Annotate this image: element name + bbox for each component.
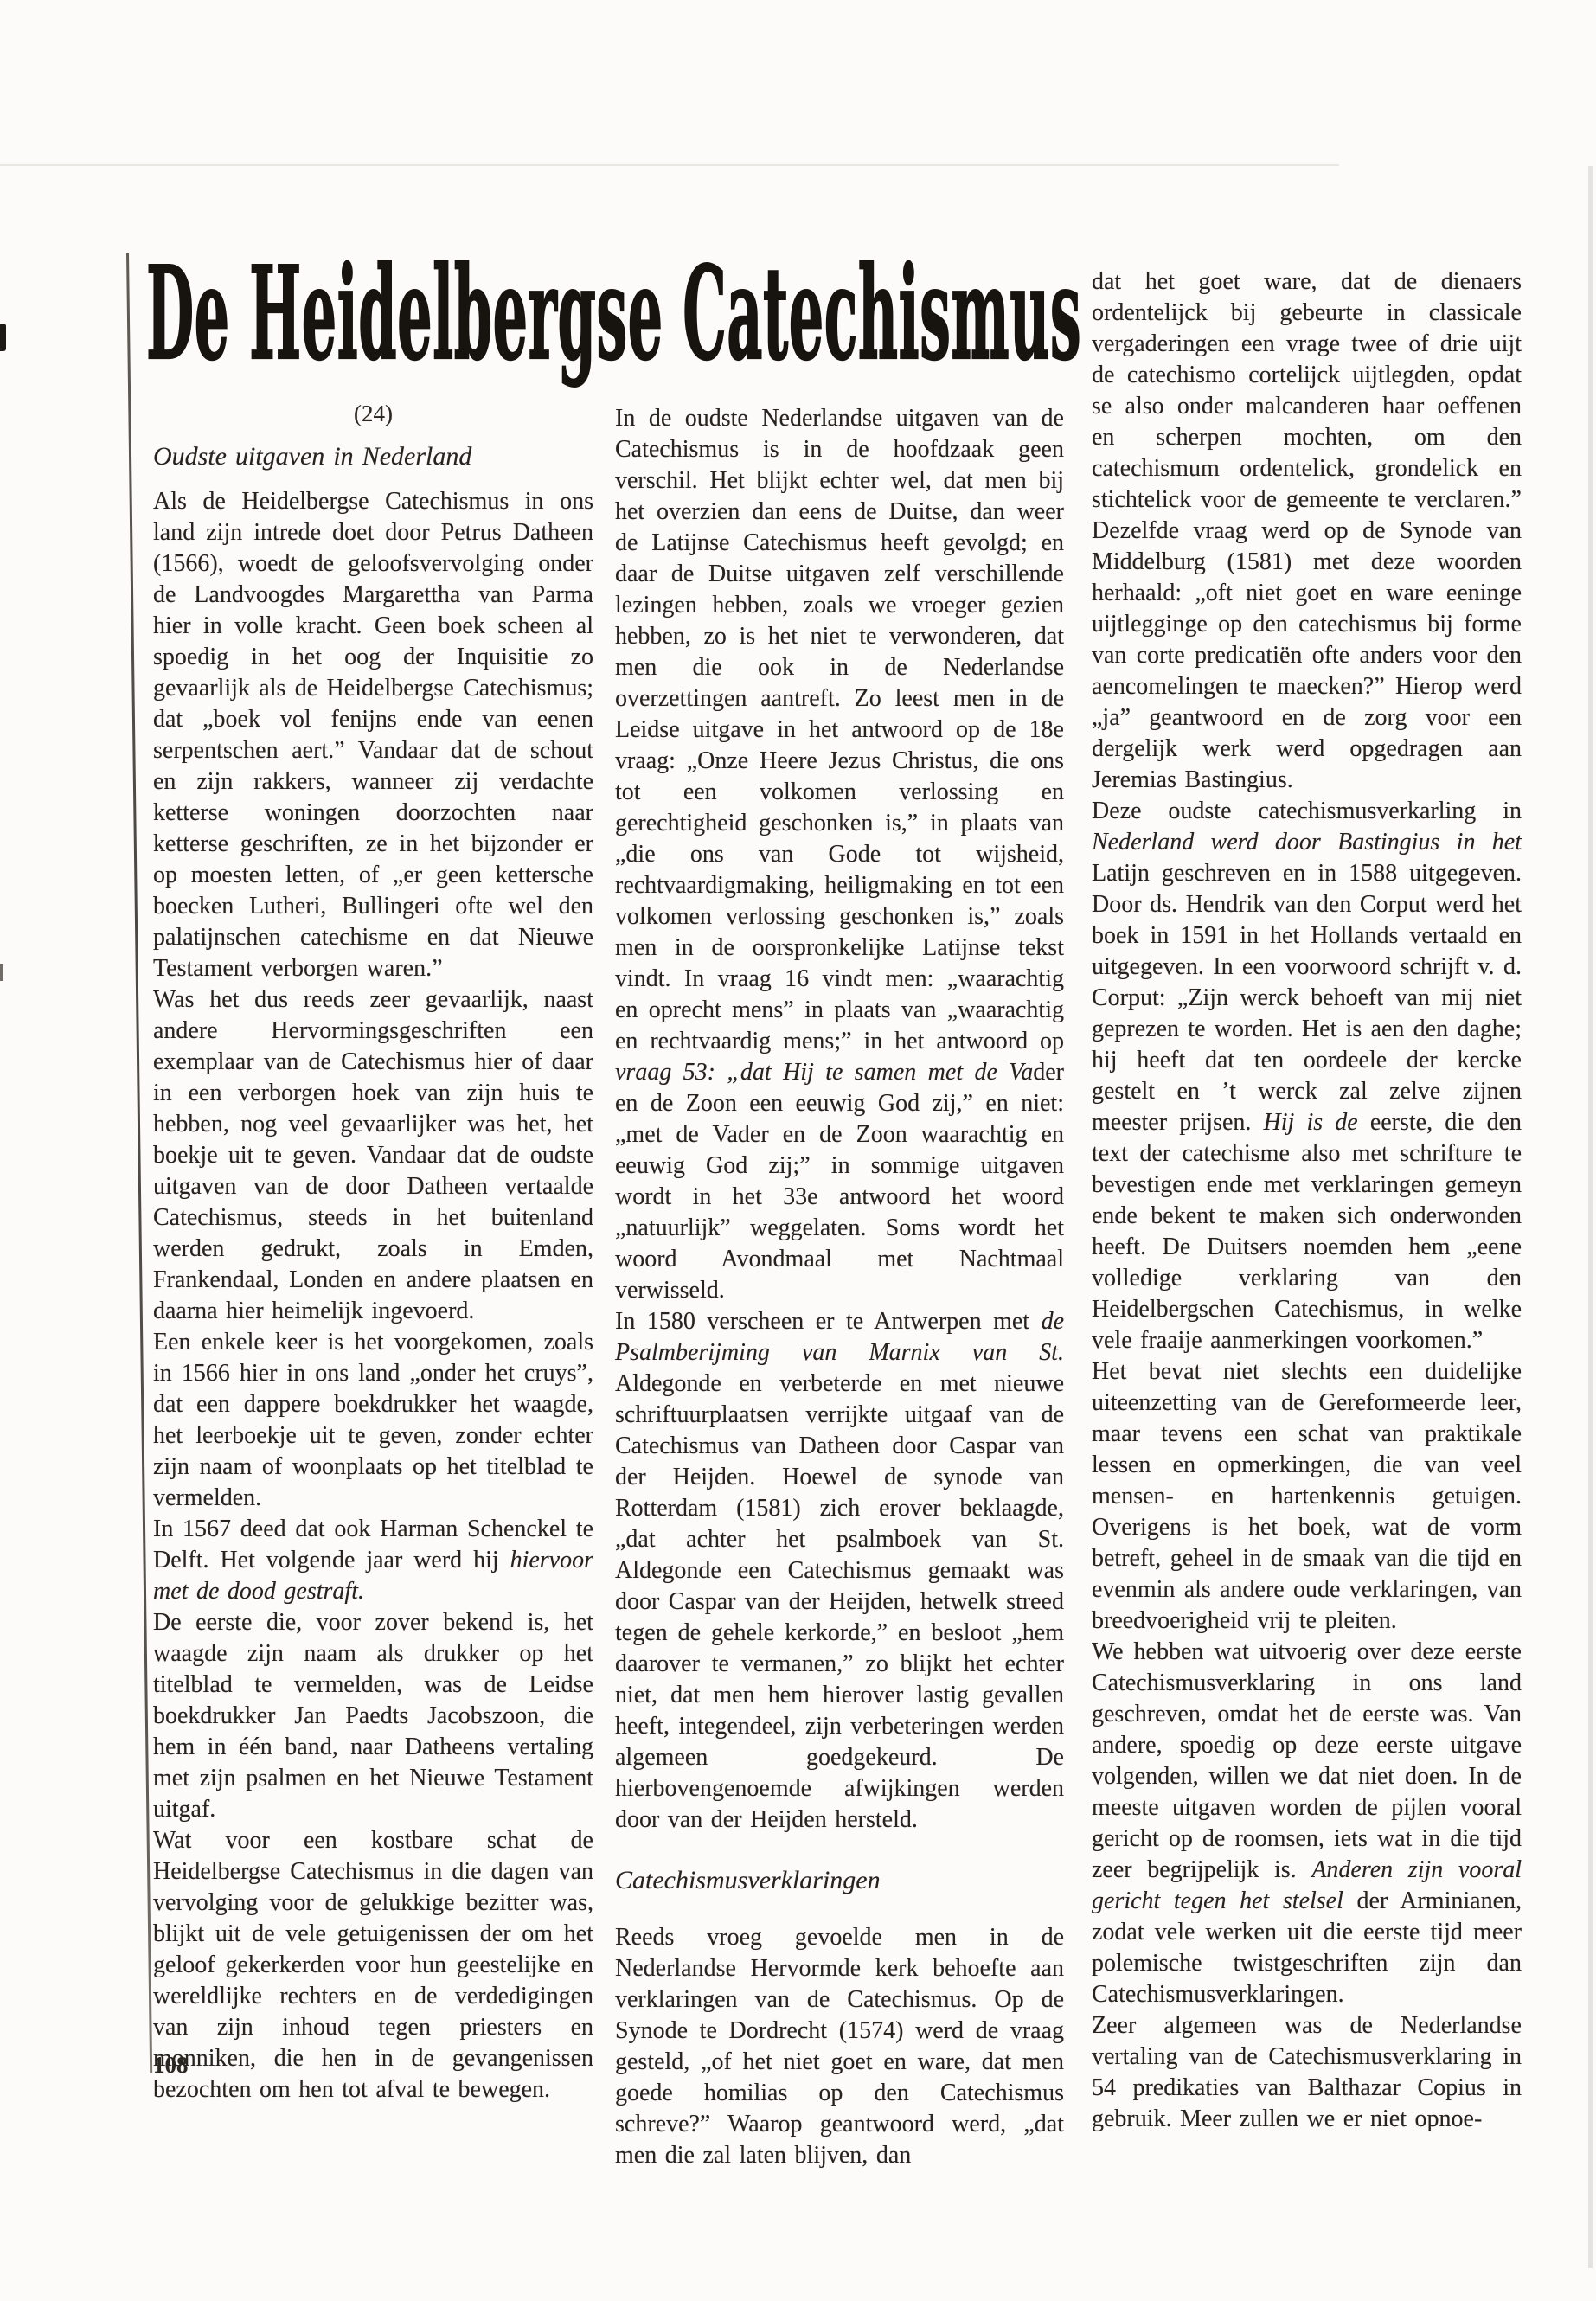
- body-paragraph: Een enkele keer is het voorgekomen, zoal…: [153, 1327, 593, 1514]
- body-paragraph: dat het goet ware, dat de dienaers orden…: [1092, 266, 1522, 796]
- section-heading-oudste-uitgaven: Oudste uitgaven in Nederland: [153, 441, 593, 472]
- body-paragraph: We hebben wat uitvoerig over deze eerste…: [1092, 1637, 1522, 2010]
- body-paragraph: Reeds vroeg gevoelde men in de Nederland…: [615, 1922, 1064, 2171]
- body-paragraph: In de oudste Nederlandse uitgaven van de…: [615, 403, 1064, 1306]
- scan-speck: [0, 964, 3, 981]
- body-paragraph: Zeer algemeen was de Nederlandse vertali…: [1092, 2010, 1522, 2135]
- body-paragraph: De eerste die, voor zover bekend is, het…: [153, 1607, 593, 1825]
- scan-speck: [0, 324, 6, 351]
- body-paragraph: In 1567 deed dat ook Harman Schenckel te…: [153, 1514, 593, 1607]
- column-1: (24) Oudste uitgaven in Nederland Als de…: [153, 400, 593, 2106]
- column-2: In de oudste Nederlandse uitgaven van de…: [615, 403, 1064, 2171]
- body-paragraph: Het bevat niet slechts een duidelijke ui…: [1092, 1356, 1522, 1637]
- issue-number: (24): [153, 400, 593, 427]
- body-paragraph: Was het dus reeds zeer gevaarlijk, naast…: [153, 984, 593, 1327]
- article-title: De Heidelbergse Catechismus: [146, 247, 1081, 379]
- page-number: 108: [153, 2052, 189, 2079]
- section-heading-catechismusverklaringen: Catechismusverklaringen: [615, 1865, 1064, 1896]
- scan-horizontal-line: [0, 164, 1339, 166]
- scanned-magazine-page: De Heidelbergse Catechismus (24) Oudste …: [0, 0, 1596, 2301]
- scan-gutter-line: [126, 253, 152, 2073]
- body-paragraph: Deze oudste catechismusverkarling in Ned…: [1092, 796, 1522, 1356]
- body-paragraph: Wat voor een kostbare schat de Heidelber…: [153, 1825, 593, 2106]
- scan-right-edge-line: [1588, 166, 1593, 2268]
- body-paragraph: Als de Heidelbergse Catechismus in ons l…: [153, 486, 593, 984]
- body-paragraph: In 1580 verscheen er te Antwerpen met de…: [615, 1306, 1064, 1836]
- column-3: dat het goet ware, dat de dienaers orden…: [1092, 266, 1522, 2135]
